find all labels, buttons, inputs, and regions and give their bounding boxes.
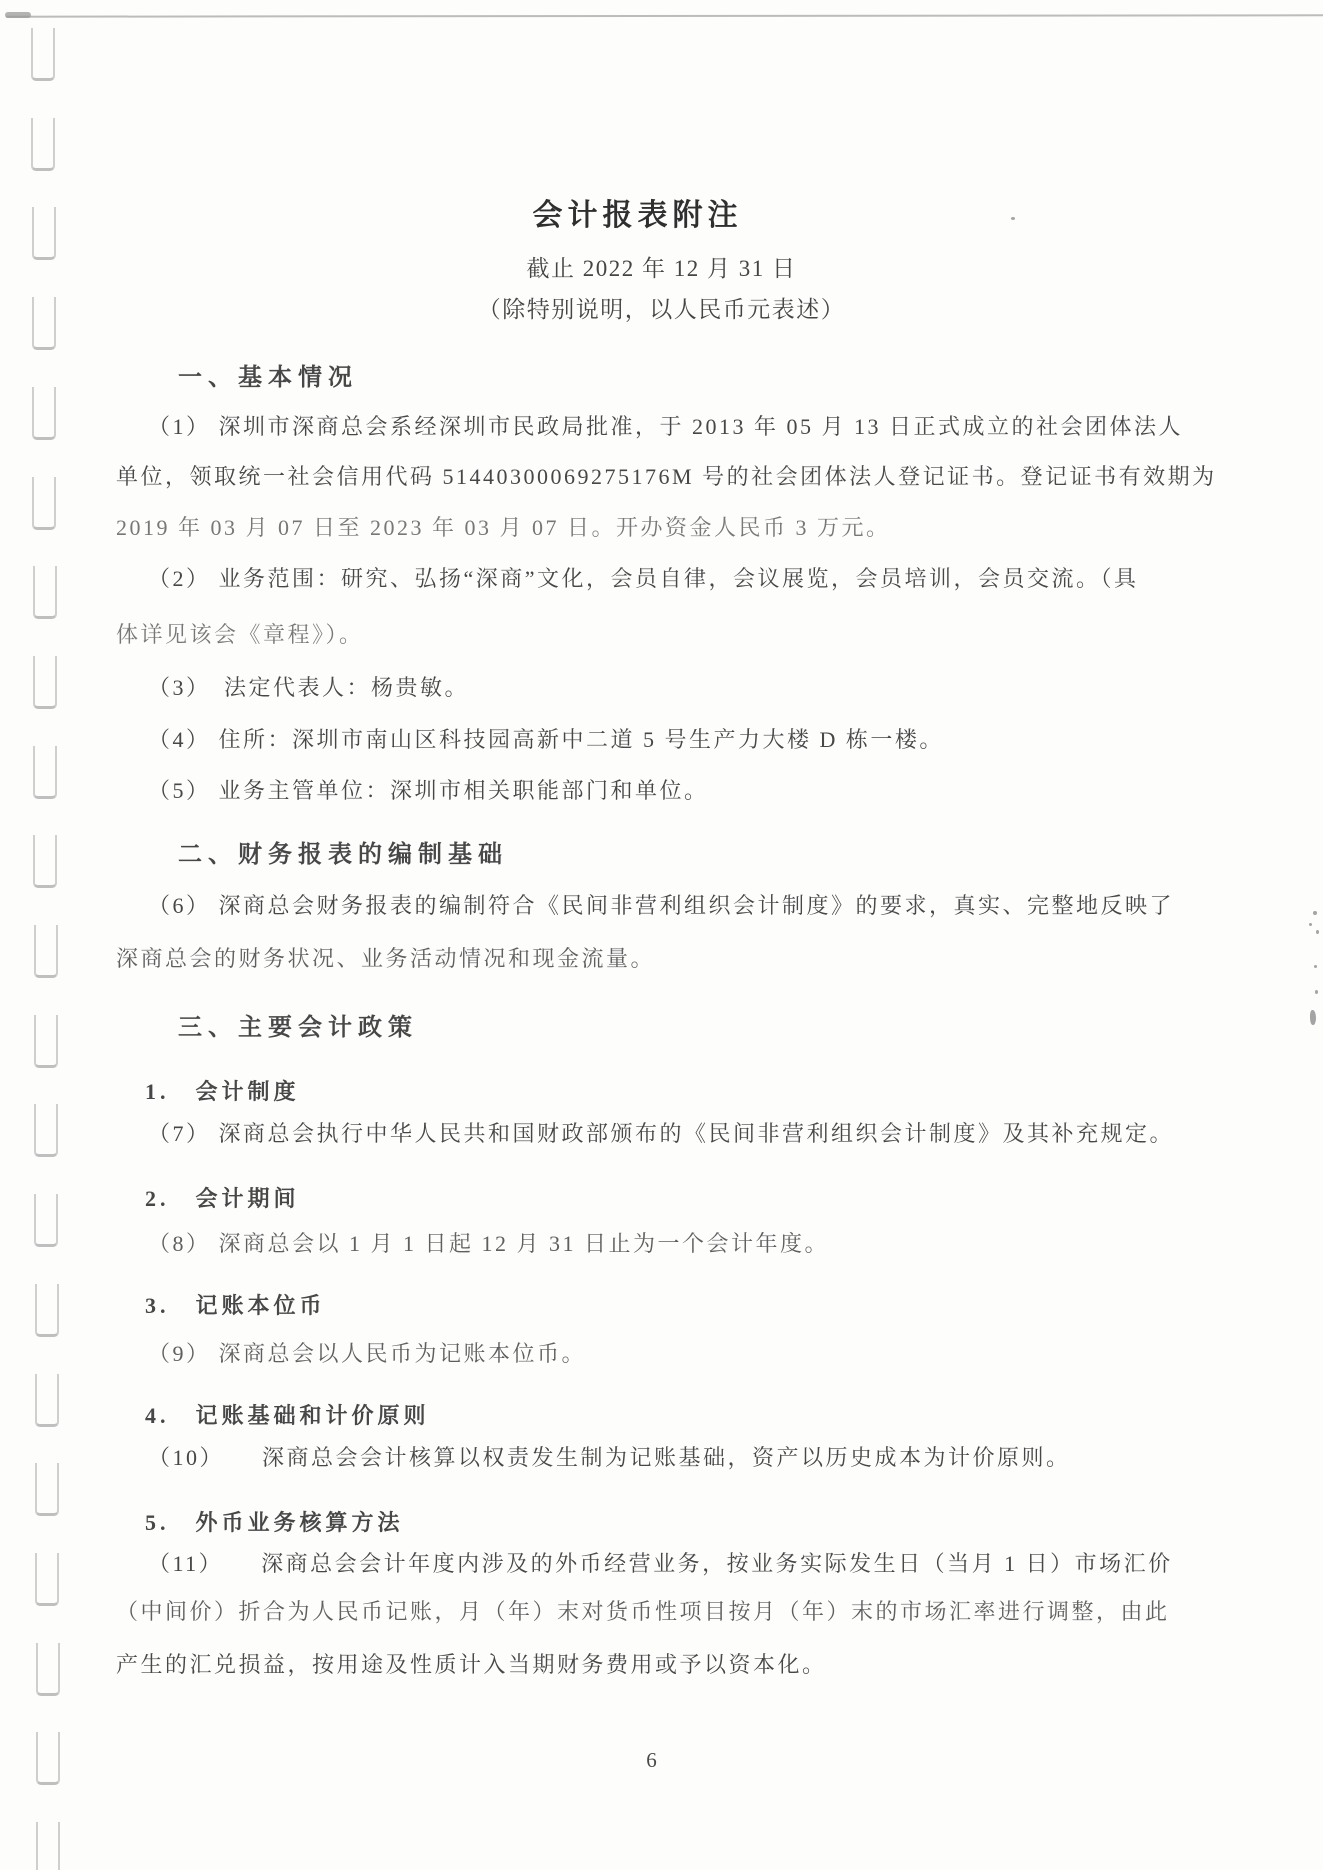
binding-hole (33, 656, 57, 709)
sub-heading: 5. 外币业务核算方法 (145, 1509, 404, 1537)
binding-hole (33, 835, 57, 888)
body-text-line: （3） 法定代表人：杨贵敏。 (148, 674, 469, 702)
binding-hole (35, 1463, 59, 1516)
body-text-line: 单位，领取统一社会信用代码 51440300069275176M 号的社会团体法… (116, 463, 1217, 491)
binding-hole (34, 1104, 58, 1157)
body-text-line: （2） 业务范围：研究、弘扬“深商”文化，会员自律，会议展览，会员培训，会员交流… (148, 565, 1139, 593)
scan-speck (1314, 965, 1317, 968)
scan-edge-line (6, 14, 1323, 17)
body-text-line: （1） 深圳市深商总会系经深圳市民政局批准，于 2013 年 05 月 13 日… (148, 413, 1183, 441)
body-text-line: （4） 住所：深圳市南山区科技园高新中二道 5 号生产力大楼 D 栋一楼。 (148, 726, 944, 754)
body-text-line: （8） 深商总会以 1 月 1 日起 12 月 31 日止为一个会计年度。 (148, 1230, 829, 1258)
scan-speck (1310, 1010, 1316, 1025)
body-text-line: 产生的汇兑损益，按用途及性质计入当期财务费用或予以资本化。 (116, 1651, 827, 1679)
section-heading: 三、主要会计政策 (178, 1013, 418, 1043)
binding-hole (34, 1015, 58, 1068)
scan-speck (1316, 930, 1319, 934)
page-number: 6 (0, 1747, 1313, 1773)
binding-hole (32, 477, 56, 530)
binding-hole (32, 387, 56, 440)
section-heading: 一、基本情况 (178, 363, 358, 393)
body-text-line: （5） 业务主管单位：深圳市相关职能部门和单位。 (148, 777, 709, 805)
binding-hole (36, 1822, 60, 1870)
binding-hole (34, 925, 58, 978)
body-text-line: （7） 深商总会执行中华人民共和国财政部颁布的《民间非营利组织会计制度》及其补充… (148, 1120, 1174, 1148)
body-text-line: （10） 深商总会会计核算以权责发生制为记账基础，资产以历史成本为计价原则。 (148, 1444, 1071, 1472)
sub-heading: 3. 记账本位币 (145, 1292, 326, 1320)
binding-hole (36, 1643, 60, 1696)
binding-hole (33, 566, 57, 619)
binding-hole (31, 28, 55, 81)
scan-speck (1309, 923, 1312, 926)
page-title: 会计报表附注 (0, 197, 1299, 235)
sub-heading: 4. 记账基础和计价原则 (145, 1402, 430, 1430)
binding-hole (35, 1284, 59, 1337)
body-text-line: （11） 深商总会会计年度内涉及的外币经营业务，按业务实际发生日（当月 1 日）… (148, 1550, 1173, 1578)
binding-hole (33, 746, 57, 799)
sub-heading: 2. 会计期间 (145, 1185, 300, 1213)
scan-speck (1011, 217, 1015, 220)
scanned-document-page: 会计报表附注 截止 2022 年 12 月 31 日 （除特别说明，以人民币元表… (0, 0, 1323, 1870)
body-text-line: （6） 深商总会财务报表的编制符合《民间非营利组织会计制度》的要求，真实、完整地… (148, 892, 1174, 920)
binding-hole (31, 118, 55, 171)
body-text-line: 深商总会的财务状况、业务活动情况和现金流量。 (116, 945, 655, 973)
binding-hole (35, 1553, 59, 1606)
currency-note: （除特别说明，以人民币元表述） (0, 296, 1323, 325)
scan-speck (1313, 911, 1317, 915)
binding-hole (34, 1194, 58, 1247)
scan-speck (1315, 990, 1318, 994)
body-text-line: 2019 年 03 月 07 日至 2023 年 03 月 07 日。开办资金人… (116, 514, 891, 542)
body-text-line: （9） 深商总会以人民币为记账本位币。 (148, 1340, 586, 1368)
section-heading: 二、财务报表的编制基础 (178, 840, 508, 870)
sub-heading: 1. 会计制度 (145, 1078, 300, 1106)
scan-edge-blob (5, 12, 31, 18)
date-line: 截止 2022 年 12 月 31 日 (0, 255, 1323, 284)
binding-hole (35, 1374, 59, 1427)
body-text-line: （中间价）折合为人民币记账，月（年）末对货币性项目按月（年）末的市场汇率进行调整… (116, 1598, 1170, 1626)
body-text-line: 体详见该会《章程》）。 (116, 621, 364, 649)
